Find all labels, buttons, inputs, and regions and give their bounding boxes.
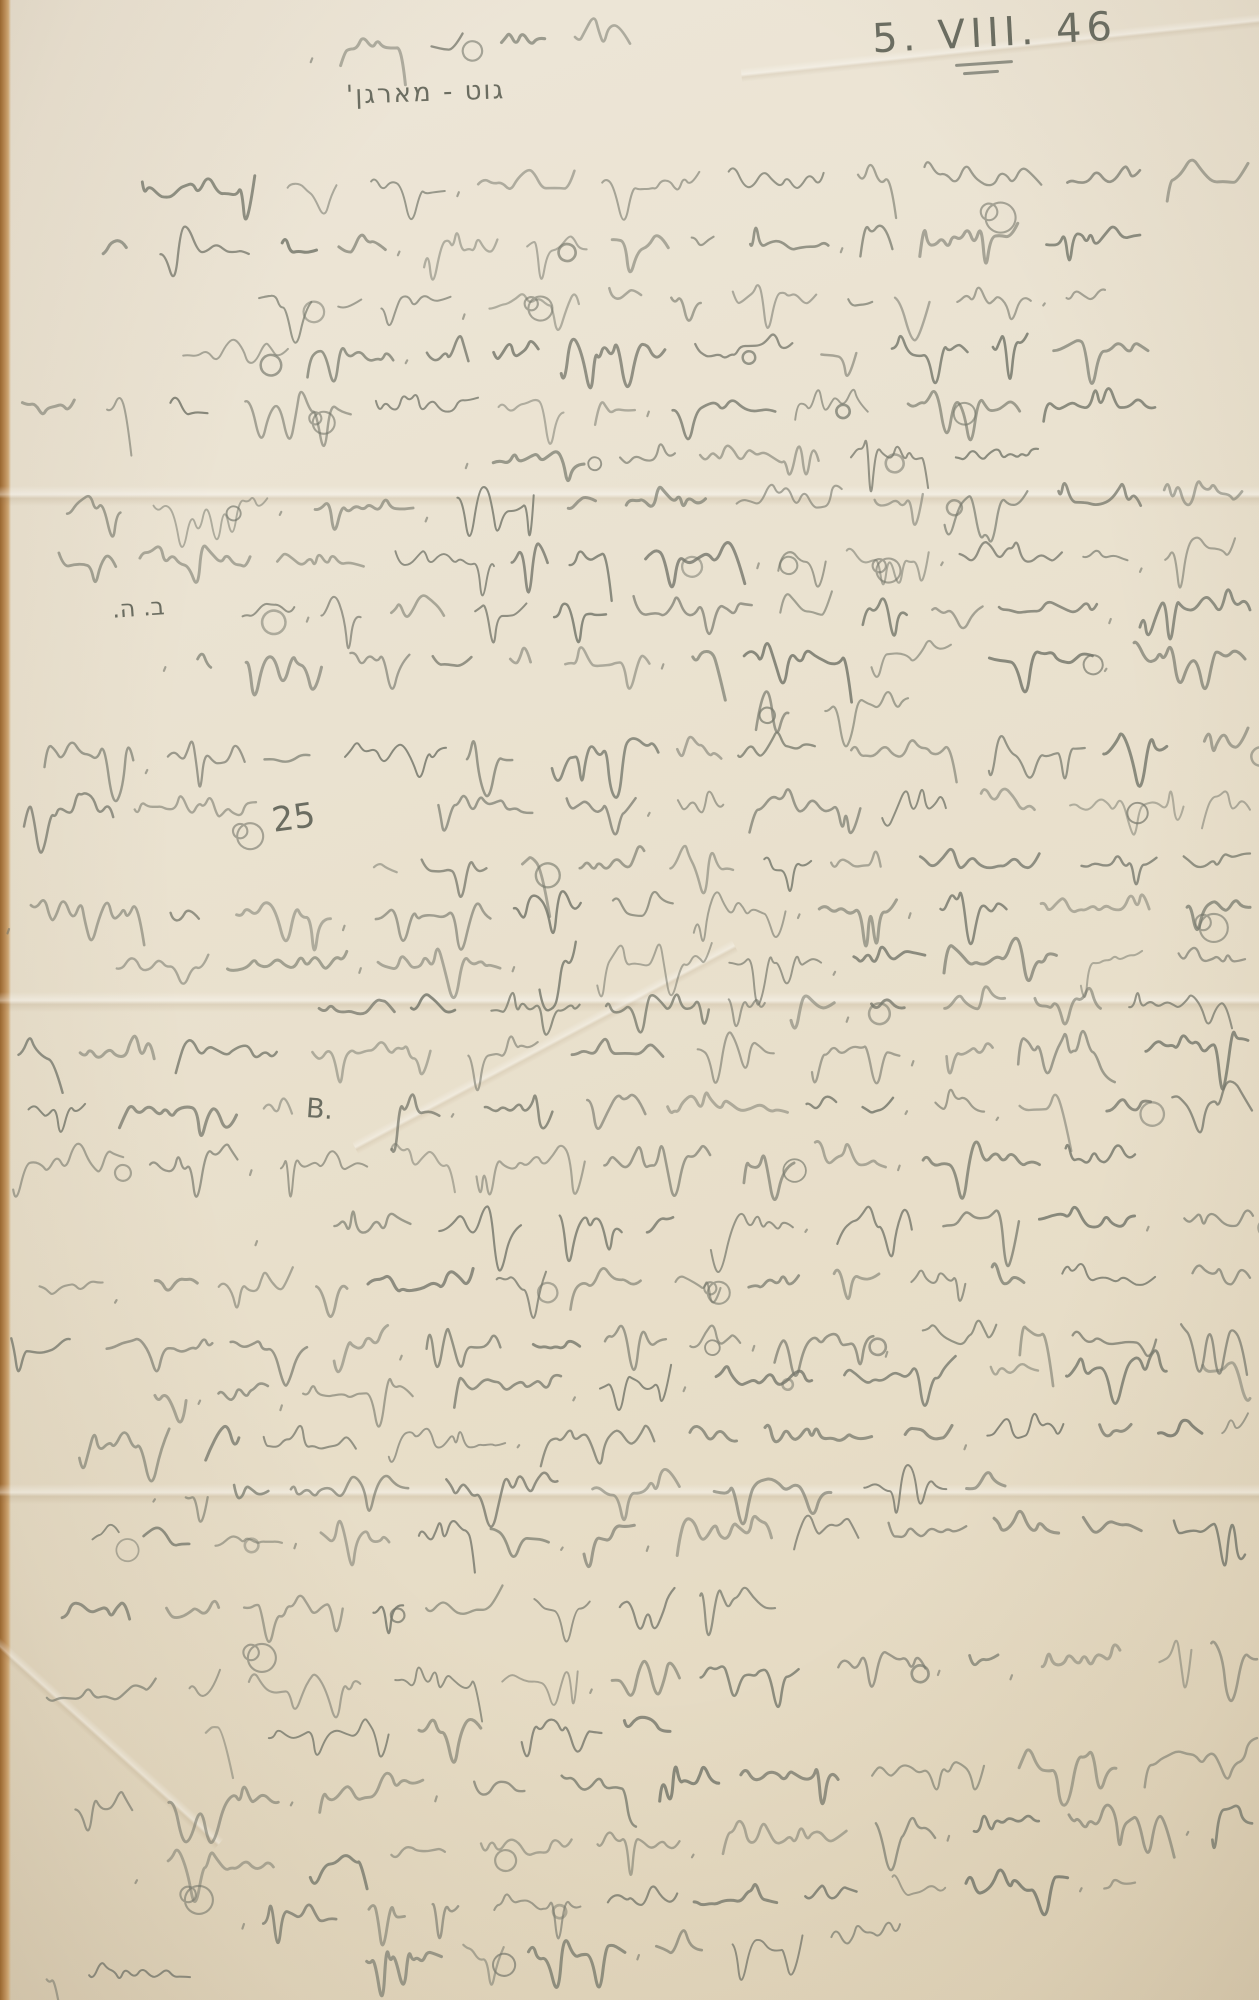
handwriting-stroke [575, 19, 630, 44]
handwriting-stroke [945, 987, 1005, 1009]
handwriting-stroke [312, 1042, 430, 1082]
handwriting-stroke [432, 34, 463, 50]
handwriting-stroke [834, 1270, 879, 1299]
handwriting-stroke [264, 1099, 292, 1114]
handwriting-stroke [886, 1352, 888, 1357]
handwriting-stroke [1140, 568, 1142, 571]
handwriting-stroke [858, 165, 896, 218]
handwriting-stroke [647, 1546, 649, 1550]
handwriting-stroke [1202, 791, 1250, 828]
handwriting-stroke [262, 611, 285, 634]
handwriting-stroke [246, 657, 321, 695]
handwriting-stroke [206, 1426, 239, 1460]
amount-text: 25 [269, 795, 317, 841]
handwriting-stroke [590, 1689, 592, 1692]
handwriting-stroke [595, 402, 635, 424]
handwriting-stroke [573, 1397, 575, 1400]
handwriting-stroke [648, 813, 650, 816]
handwriting-stroke [24, 793, 113, 852]
handwriting-stroke [737, 485, 842, 508]
handwriting-stroke [682, 557, 702, 577]
handwriting-stroke [1080, 1888, 1082, 1891]
handwriting-stroke [613, 892, 673, 916]
handwriting-stroke [167, 1601, 219, 1617]
handwriting-stroke [303, 1379, 413, 1427]
handwriting-stroke [604, 1146, 710, 1196]
handwriting-stroke [183, 340, 288, 363]
handwriting-stroke [1067, 167, 1140, 183]
handwriting-stroke [376, 904, 491, 950]
handwriting-stroke [433, 1904, 458, 1938]
handwriting-stroke [791, 996, 834, 1028]
handwriting-stroke [438, 796, 532, 830]
handwriting-stroke [989, 736, 1085, 778]
handwriting-stroke [863, 1098, 893, 1113]
handwriting-stroke [116, 1539, 138, 1561]
handwriting-stroke [243, 1644, 275, 1672]
handwriting-stroke [40, 1282, 103, 1294]
handwriting-stroke [938, 1671, 940, 1675]
handwriting-stroke [668, 1093, 788, 1113]
handwriting-stroke [527, 237, 586, 279]
handwriting-stroke [1054, 341, 1148, 384]
handwriting-stroke [1020, 1095, 1072, 1151]
handwriting-stroke [485, 1096, 553, 1129]
handwriting-stroke [164, 667, 166, 671]
handwriting-stroke [620, 444, 675, 463]
handwriting-stroke [115, 1165, 131, 1181]
handwriting-stroke [646, 543, 745, 587]
handwriting-stroke [956, 449, 1038, 459]
handwriting-stroke [848, 299, 872, 305]
handwriting-stroke [744, 643, 852, 702]
handwriting-stroke [321, 597, 360, 648]
handwriting-stroke [807, 1097, 837, 1108]
handwriting-stroke [647, 1217, 673, 1232]
handwriting-stroke [692, 237, 714, 245]
handwriting-stroke [825, 692, 908, 746]
handwriting-stroke [886, 455, 904, 473]
handwriting-stroke [533, 1341, 579, 1348]
handwriting-stroke [395, 551, 494, 595]
handwriting-stroke [678, 792, 723, 813]
handwriting-stroke [433, 656, 472, 665]
handwriting-stroke [62, 1603, 130, 1619]
handwriting-stroke [1179, 948, 1245, 962]
handwriting-stroke [168, 742, 245, 787]
handwriting-stroke [920, 849, 1039, 867]
handwriting-stroke [733, 1935, 803, 1979]
handwriting-stroke [389, 1429, 505, 1462]
handwriting-stroke [1018, 1031, 1114, 1082]
handwriting-stroke [906, 1111, 908, 1114]
handwriting-stroke [757, 563, 759, 568]
handwriting-stroke [798, 914, 800, 918]
handwriting-stroke [422, 860, 487, 897]
handwriting-stroke [851, 441, 928, 492]
handwriting-stroke [281, 1151, 367, 1196]
handwriting-stroke [587, 1095, 645, 1129]
handwriting-stroke [692, 1855, 694, 1858]
handwriting-stroke [150, 1145, 238, 1197]
handwriting-stroke [1067, 290, 1106, 300]
handwriting-stroke [815, 1141, 885, 1167]
handwriting-stroke [750, 228, 828, 249]
handwriting-stroke [477, 1146, 585, 1194]
handwriting-stroke [1147, 1227, 1149, 1231]
handwriting-stroke [419, 1720, 481, 1763]
letter-page: 5. VIII. 46 גוט - מארגן' ב. ה. 25 B. [0, 0, 1259, 2000]
handwriting-stroke [690, 1326, 740, 1348]
handwriting-stroke [490, 294, 579, 330]
handwriting-stroke [339, 235, 386, 252]
handwriting-stroke [567, 798, 636, 834]
handwriting-stroke [836, 405, 849, 418]
handwriting-stroke [729, 999, 765, 1026]
handwriting-stroke [981, 203, 1016, 233]
handwriting-stroke [510, 648, 530, 663]
handwriting-stroke [600, 1365, 671, 1410]
handwriting-stroke [491, 1529, 549, 1557]
handwriting-stroke [1041, 895, 1149, 912]
handwriting-stroke [529, 1941, 625, 1988]
handwriting-stroke [47, 1679, 156, 1701]
handwriting-stroke [1035, 988, 1101, 1024]
handwriting-stroke [882, 790, 946, 826]
handwriting-stroke [31, 900, 144, 945]
handwriting-stroke [467, 741, 512, 796]
handwriting-stroke [1172, 1081, 1252, 1132]
handwriting-stroke [1203, 1363, 1250, 1401]
handwriting-stroke [749, 1276, 799, 1288]
handwriting-stroke [198, 654, 211, 667]
handwriting-stroke [103, 241, 126, 254]
handwriting-stroke [261, 355, 282, 376]
handwriting-stroke [249, 1674, 360, 1717]
handwriting-stroke [609, 288, 641, 298]
handwriting-stroke [168, 1850, 273, 1902]
handwriting-stroke [463, 41, 482, 60]
handwriting-stroke [554, 604, 606, 642]
handwriting-stroke [864, 1465, 946, 1513]
handwriting-stroke [999, 602, 1097, 612]
handwriting-stroke [876, 1818, 935, 1870]
handwriting-stroke [612, 1661, 679, 1695]
handwriting-stroke [1019, 1750, 1116, 1805]
handwriting-stroke [259, 296, 311, 343]
handwriting-stroke [512, 544, 548, 593]
handwriting-stroke [288, 184, 337, 214]
handwriting-stroke [350, 653, 409, 689]
handwriting-stroke [1184, 853, 1250, 867]
handwriting-stroke [135, 796, 256, 816]
handwriting-stroke [45, 743, 134, 801]
handwriting-stroke [671, 298, 700, 321]
handwriting-stroke [912, 1665, 929, 1682]
handwriting-stroke [854, 947, 925, 961]
handwriting-stroke [135, 1880, 137, 1883]
handwriting-stroke [1184, 1210, 1253, 1225]
handwriting-stroke [199, 1401, 201, 1404]
handwriting-stroke [893, 1875, 946, 1895]
handwriting-stroke [376, 395, 478, 412]
handwriting-stroke [457, 487, 533, 536]
handwriting-stroke [176, 1040, 277, 1073]
handwriting-stroke [466, 464, 468, 468]
handwriting-stroke [764, 858, 811, 891]
handwriting-stroke [1129, 993, 1232, 1028]
handwriting-stroke [291, 1802, 293, 1805]
handwriting-stroke [729, 168, 824, 188]
handwriting-stroke [536, 863, 560, 887]
handwriting-stroke [142, 176, 255, 219]
handwriting-stroke [311, 58, 313, 62]
handwriting-stroke [341, 39, 406, 85]
handwriting-stroke [812, 1047, 899, 1084]
handwriting-stroke [234, 1485, 268, 1498]
handwriting-stroke [1146, 1032, 1248, 1089]
handwriting-stroke [620, 1588, 675, 1629]
handwriting-stroke [738, 733, 815, 757]
handwriting-stroke [1047, 227, 1141, 260]
handwriting-stroke [117, 955, 209, 984]
handwriting-stroke [160, 227, 248, 277]
handwriting-stroke [1010, 1675, 1012, 1679]
handwriting-stroke [29, 1104, 86, 1132]
handwriting-stroke [863, 599, 907, 636]
handwriting-stroke [597, 943, 712, 996]
handwriting-stroke [945, 491, 1028, 541]
handwriting-stroke [905, 1426, 952, 1439]
handwriting-stroke [923, 1321, 997, 1344]
handwriting-stroke [1062, 1264, 1155, 1285]
handwriting-stroke [463, 1945, 503, 1985]
handwriting-stroke [155, 1395, 186, 1422]
handwriting-stroke [912, 1061, 914, 1065]
handwriting-stroke [662, 664, 664, 668]
handwriting-stroke [612, 236, 668, 272]
handwriting-stroke [1044, 389, 1155, 422]
handwriting-stroke [1059, 483, 1141, 505]
handwriting-stroke [834, 972, 836, 975]
handwriting-stroke [957, 288, 1031, 319]
handwriting-stroke [1066, 1351, 1166, 1404]
handwriting-stroke [911, 1271, 965, 1301]
handwriting-stroke [1043, 303, 1045, 305]
handwriting-stroke [831, 1923, 900, 1944]
handwriting-stroke [1141, 1102, 1164, 1125]
handwriting-stroke [494, 341, 539, 358]
handwriting-stroke [491, 993, 579, 1035]
handwriting-stroke [237, 903, 331, 950]
handwriting-stroke [714, 1479, 831, 1524]
handwriting-stroke [426, 518, 428, 522]
handwriting-stroke [307, 618, 309, 622]
handwriting-stroke [47, 1979, 60, 2000]
handwriting-stroke [588, 457, 601, 470]
handwriting-stroke [250, 1170, 252, 1175]
handwriting-stroke [892, 336, 968, 383]
handwriting-stroke [1104, 734, 1167, 786]
handwriting-stroke [711, 1214, 793, 1272]
handwriting-stroke [673, 401, 776, 439]
handwriting-stroke [741, 1770, 838, 1804]
handwriting-stroke [1083, 551, 1127, 560]
handwriting-stroke [750, 789, 861, 832]
handwriting-stroke [1204, 728, 1248, 751]
handwriting-stroke [805, 1230, 807, 1232]
handwriting-stroke [398, 252, 400, 256]
handwriting-stroke [391, 596, 444, 617]
handwriting-stroke [391, 1847, 445, 1857]
handwriting-stroke [993, 334, 1028, 379]
handwriting-stroke [775, 1334, 874, 1376]
handwriting-stroke [315, 500, 413, 529]
handwriting-stroke [872, 1762, 984, 1789]
handwriting-stroke [895, 298, 930, 341]
handwriting-stroke [753, 1346, 755, 1351]
handwriting-stroke [478, 170, 574, 188]
handwriting-stroke [670, 846, 733, 893]
handwriting-stroke [1164, 482, 1242, 505]
handwriting-stroke [231, 1342, 307, 1386]
handwriting-stroke [345, 743, 446, 777]
initial-text: B. [305, 1093, 334, 1126]
handwriting-stroke [970, 1655, 998, 1665]
handwriting-stroke [1211, 1642, 1257, 1701]
handwriting-svg [0, 0, 1259, 2000]
handwriting-stroke [400, 1356, 402, 1360]
handwriting-stroke [966, 1870, 1068, 1915]
handwriting-stroke [228, 951, 347, 970]
handwriting-stroke [265, 755, 310, 762]
handwriting-stroke [684, 1387, 686, 1391]
handwriting-stroke [1212, 1806, 1252, 1848]
handwriting-stroke [1167, 160, 1248, 201]
handwriting-stroke [794, 1516, 858, 1550]
handwriting-stroke [321, 1521, 389, 1565]
handwriting-stroke [282, 240, 316, 253]
handwriting-stroke [1134, 642, 1245, 688]
handwriting-stroke [316, 1286, 347, 1316]
greeting-text: גוט - מארגן' [346, 75, 506, 111]
handwriting-stroke [1104, 1880, 1135, 1888]
handwriting-stroke [140, 546, 250, 582]
handwriting-stroke [1105, 669, 1107, 671]
handwriting-stroke [334, 1325, 388, 1371]
handwriting-stroke [694, 892, 786, 941]
handwriting-stroke [263, 1905, 336, 1943]
handwriting-stroke [974, 1816, 1039, 1832]
handwriting-stroke [560, 1216, 622, 1261]
handwriting-stroke [513, 967, 515, 971]
handwriting-stroke [932, 607, 982, 629]
handwriting-stroke [991, 1364, 1038, 1374]
handwriting-stroke [280, 1405, 282, 1410]
handwriting-stroke [552, 738, 658, 797]
handwriting-stroke [1073, 1332, 1156, 1356]
handwriting-stroke [171, 911, 199, 921]
handwriting-stroke [780, 557, 797, 574]
handwriting-stroke [227, 506, 241, 520]
handwriting-stroke [1100, 1424, 1132, 1435]
handwriting-stroke [522, 1720, 602, 1757]
handwriting-stroke [860, 226, 892, 257]
handwriting-stroke [463, 314, 465, 318]
handwriting-stroke [395, 1668, 482, 1722]
handwriting-stroke [155, 1279, 197, 1290]
handwriting-stroke [518, 1445, 520, 1447]
handwriting-stroke [701, 1666, 799, 1706]
handwriting-stroke [943, 1211, 1019, 1266]
handwriting-stroke [690, 1426, 737, 1441]
handwriting-stroke [562, 1776, 636, 1827]
handwriting-stroke [805, 1886, 856, 1898]
handwriting-stroke [424, 233, 497, 279]
handwriting-stroke [79, 1429, 169, 1481]
handwriting-stroke [723, 1821, 846, 1854]
handwriting-stroke [474, 1782, 524, 1795]
handwriting-stroke [647, 412, 649, 416]
handwriting-stroke [154, 498, 268, 547]
handwriting-stroke [115, 1300, 117, 1303]
handwriting-stroke [1083, 1517, 1141, 1532]
handwriting-stroke [343, 926, 345, 930]
handwriting-stroke [219, 1267, 293, 1307]
handwriting-stroke [107, 1339, 213, 1371]
handwriting-stroke [541, 1426, 655, 1466]
handwriting-stroke [369, 1905, 405, 1945]
handwriting-stroke [765, 1425, 872, 1441]
handwriting-stroke [264, 1426, 356, 1449]
handwriting-stroke [538, 1283, 557, 1302]
handwriting-stroke [821, 353, 856, 376]
handwriting-stroke [22, 400, 74, 414]
handwriting-stroke [392, 1095, 440, 1152]
handwriting-stroke [11, 1338, 69, 1371]
handwriting-stroke [291, 1476, 408, 1511]
handwriting-stroke [144, 1528, 190, 1545]
handwriting-stroke [677, 1516, 771, 1555]
handwriting-stroke [598, 1833, 680, 1875]
handwriting-stroke [626, 487, 705, 506]
handwriting-stroke [206, 1727, 233, 1778]
handwriting-stroke [406, 360, 408, 363]
handwriting-stroke [320, 1773, 423, 1812]
handwriting-stroke [359, 968, 361, 973]
handwriting-stroke [540, 942, 576, 1011]
handwriting-stroke [624, 1717, 670, 1731]
handwriting-stroke [875, 494, 923, 525]
handwriting-stroke [660, 1767, 719, 1801]
handwriting-stroke [841, 248, 843, 252]
handwriting-stroke [170, 398, 207, 414]
handwriting-stroke [561, 1548, 563, 1550]
handwriting-stroke [294, 1544, 296, 1548]
handwriting-stroke [819, 900, 896, 946]
handwriting-stroke [378, 949, 500, 998]
handwriting-stroke [795, 390, 868, 420]
handwriting-stroke [780, 591, 832, 614]
handwriting-stroke [923, 1142, 1039, 1198]
handwriting-stroke [1109, 619, 1111, 623]
handwriting-stroke [743, 351, 755, 363]
handwriting-stroke [1251, 747, 1259, 765]
handwriting-stroke [967, 1473, 1005, 1489]
handwriting-stroke [1084, 655, 1103, 674]
handwriting-stroke [935, 1090, 984, 1112]
handwriting-stroke [419, 1521, 475, 1573]
